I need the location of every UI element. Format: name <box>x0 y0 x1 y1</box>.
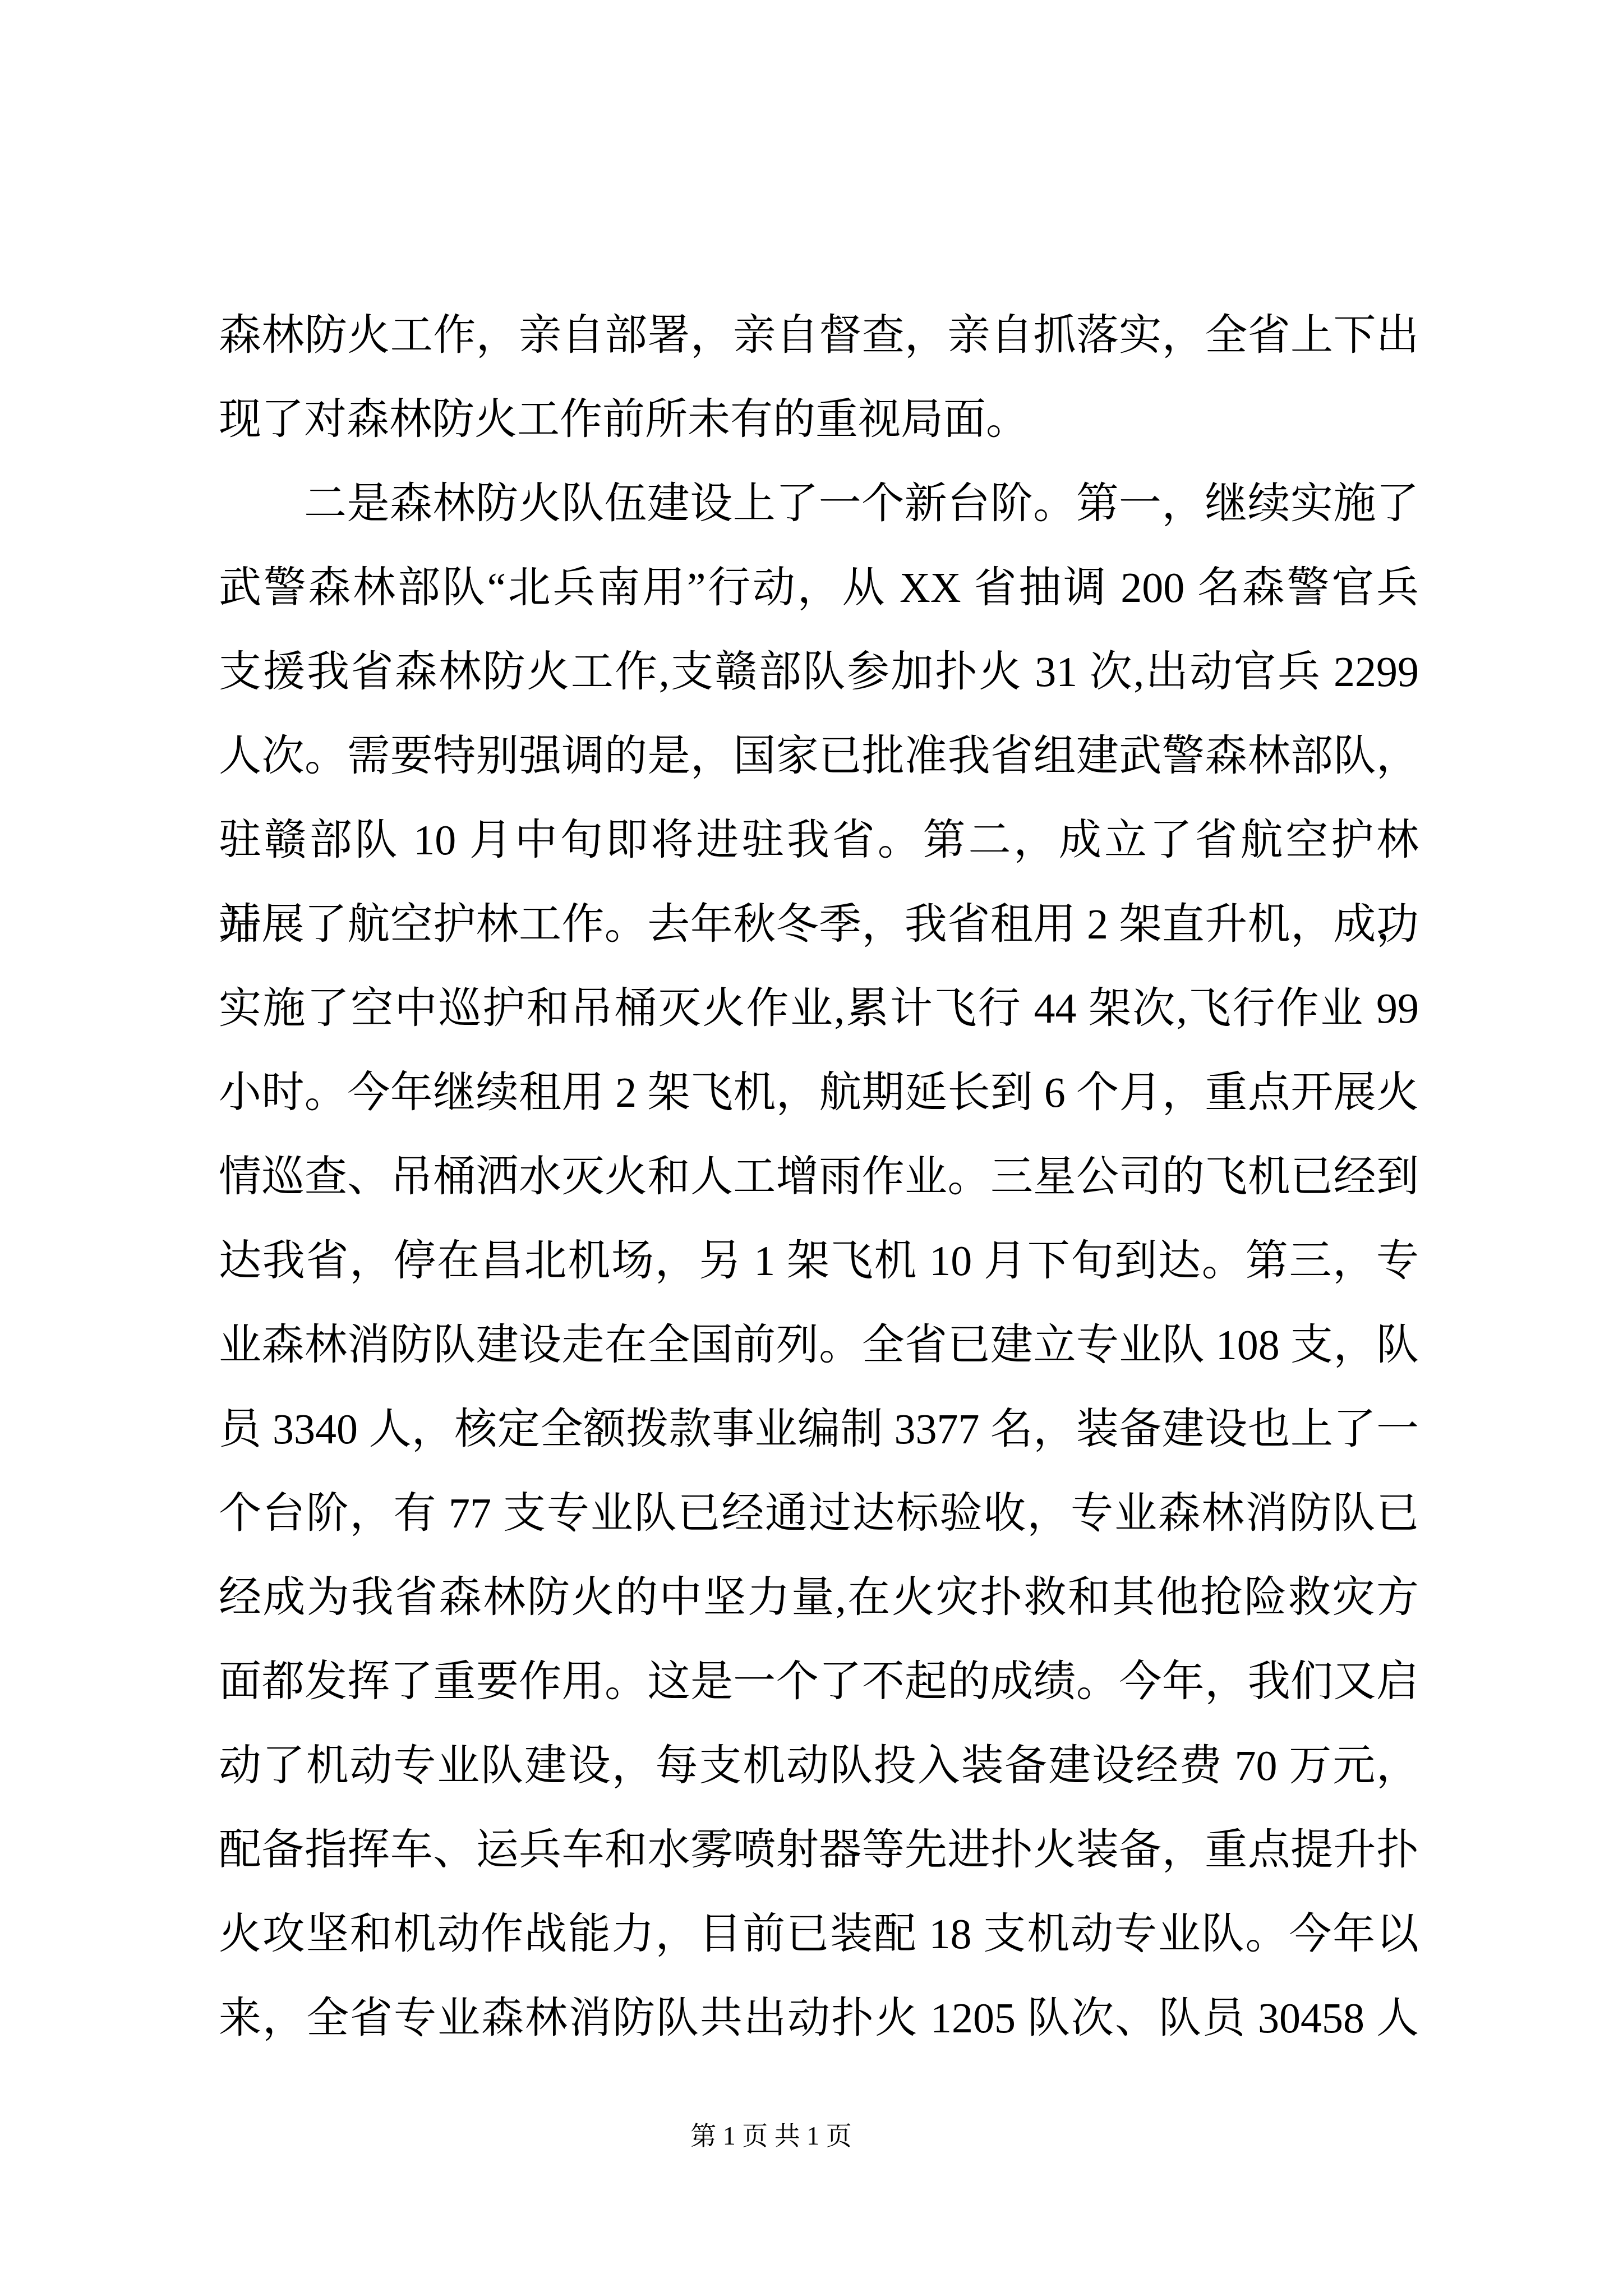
text-line: 业森林消防队建设走在全国前列。全省已建立专业队 108 支，队 <box>219 1303 1419 1387</box>
text-line: 现了对森林防火工作前所未有的重视局面。 <box>219 378 1419 462</box>
text-line: 个台阶，有 77 支专业队已经通过达标验收，专业森林消防队已 <box>219 1471 1419 1556</box>
text-line: 实施了空中巡护和吊桶灭火作业,累计飞行 44 架次,飞行作业 99 <box>219 967 1419 1051</box>
text-line: 经成为我省森林防火的中坚力量,在火灾扑救和其他抢险救灾方 <box>219 1556 1419 1640</box>
page-number-text: 第 1 页 共 1 页 <box>690 2122 852 2150</box>
text-line: 情巡查、吊桶洒水灭火和人工增雨作业。三星公司的飞机已经到 <box>219 1135 1419 1219</box>
document-body: 森林防火工作，亲自部署，亲自督查，亲自抓落实，全省上下出 现了对森林防火工作前所… <box>219 293 1419 2060</box>
text-line: 来，全省专业森林消防队共出动扑火 1205 队次、队员 30458 人 <box>219 1976 1419 2060</box>
text-line: 面都发挥了重要作用。这是一个了不起的成绩。今年，我们又启 <box>219 1640 1419 1724</box>
text-line: 森林防火工作，亲自部署，亲自督查，亲自抓落实，全省上下出 <box>219 293 1419 378</box>
text-line: 人次。需要特别强调的是，国家已批准我省组建武警森林部队， <box>219 714 1419 798</box>
text-line: 开展了航空护林工作。去年秋冬季，我省租用 2 架直升机，成功 <box>219 882 1419 967</box>
text-line: 动了机动专业队建设，每支机动队投入装备建设经费 70 万元， <box>219 1724 1419 1808</box>
text-line: 配备指挥车、运兵车和水雾喷射器等先进扑火装备，重点提升扑 <box>219 1808 1419 1892</box>
page-footer: 第 1 页 共 1 页 <box>0 2119 1542 2153</box>
text-line: 达我省，停在昌北机场，另 1 架飞机 10 月下旬到达。第三，专 <box>219 1219 1419 1303</box>
text-line: 武警森林部队“北兵南用”行动，从 XX 省抽调 200 名森警官兵 <box>219 546 1419 630</box>
text-line: 员 3340 人，核定全额拨款事业编制 3377 名，装备建设也上了一 <box>219 1387 1419 1471</box>
text-line: 二是森林防火队伍建设上了一个新台阶。第一，继续实施了 <box>219 462 1419 546</box>
text-line: 火攻坚和机动作战能力，目前已装配 18 支机动专业队。今年以 <box>219 1892 1419 1976</box>
text-line: 支援我省森林防火工作,支赣部队参加扑火 31 次,出动官兵 2299 <box>219 630 1419 714</box>
text-line: 驻赣部队 10 月中旬即将进驻我省。第二，成立了省航空护林站， <box>219 798 1419 882</box>
text-line: 小时。今年继续租用 2 架飞机，航期延长到 6 个月，重点开展火 <box>219 1051 1419 1135</box>
document-page: 森林防火工作，亲自部署，亲自督查，亲自抓落实，全省上下出 现了对森林防火工作前所… <box>0 0 1623 2296</box>
